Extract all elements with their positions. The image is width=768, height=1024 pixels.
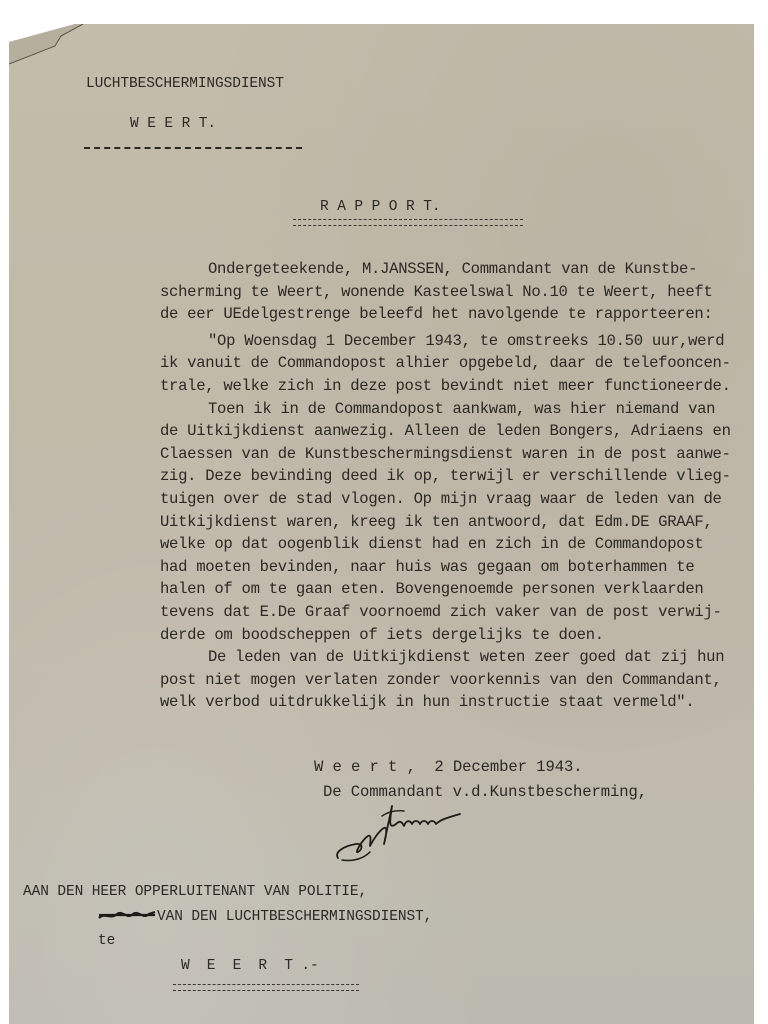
struck-out-word-icon [97,908,157,922]
addressee-city: W E E R T .- [181,958,319,974]
body-line: welk verbod uitdrukkelijk in hun instruc… [160,691,750,714]
body-line: ik vanuit de Commandopost alhier opgebel… [160,352,750,375]
report-body: Ondergeteekende, M.JANSSEN, Commandant v… [160,258,750,714]
body-line: halen of om te gaan eten. Bovengenoemde … [160,578,750,601]
header-underline [84,147,302,149]
body-line: scherming te Weert, wonende Kasteelswal … [160,281,750,304]
title-double-underline [293,219,523,226]
body-line: welke op dat oogenblik dienst had en zic… [160,533,750,556]
body-line: "Op Woensdag 1 December 1943, te omstree… [160,330,750,353]
body-line: tuigen over de stad vlogen. Op mijn vraa… [160,488,750,511]
body-line: had moeten bevinden, naar huis was gegaa… [160,556,750,579]
body-line: de Uitkijkdienst aanwezig. Alleen de led… [160,420,750,443]
addressee-line-2-text: VAN DEN LUCHTBESCHERMINGSDIENST, [157,909,432,925]
place-and-date: W e e r t , 2 December 1943. [314,758,582,776]
header-organization: LUCHTBESCHERMINGSDIENST [86,76,284,92]
addressee-line-2: VAN DEN LUCHTBESCHERMINGSDIENST, [97,909,432,925]
signatory-role: De Commandant v.d.Kunstbescherming, [323,783,647,801]
body-line: derde om boodscheppen of iets dergelijks… [160,624,750,647]
body-line: de eer UEdelgestrenge beleefd het navolg… [160,303,750,326]
folded-corner-icon [9,24,89,69]
addressee-line-3: te [98,933,115,949]
addressee-double-underline [173,984,359,991]
body-line: tevens dat E.De Graaf voornoemd zich vak… [160,601,750,624]
body-line: De leden van de Uitkijkdienst weten zeer… [160,646,750,669]
body-line: Uitkijkdienst waren, kreeg ik ten antwoo… [160,511,750,534]
header-city: W E E R T. [130,116,216,132]
photo-stage: LUCHTBESCHERMINGSDIENST W E E R T. R A P… [0,0,768,1024]
body-line: Toen ik in de Commandopost aankwam, was … [160,398,750,421]
body-line: trale, welke zich in deze post bevindt n… [160,375,750,398]
body-line: Claessen van de Kunstbeschermingsdienst … [160,443,750,466]
body-line: Ondergeteekende, M.JANSSEN, Commandant v… [160,258,750,281]
report-title: R A P P O R T. [320,199,440,215]
signature-icon [334,800,474,865]
addressee-line-1: AAN DEN HEER OPPERLUITENANT VAN POLITIE, [23,884,367,900]
body-line: post niet mogen verlaten zonder voorkenn… [160,669,750,692]
body-line: zig. Deze bevinding deed ik op, terwijl … [160,465,750,488]
